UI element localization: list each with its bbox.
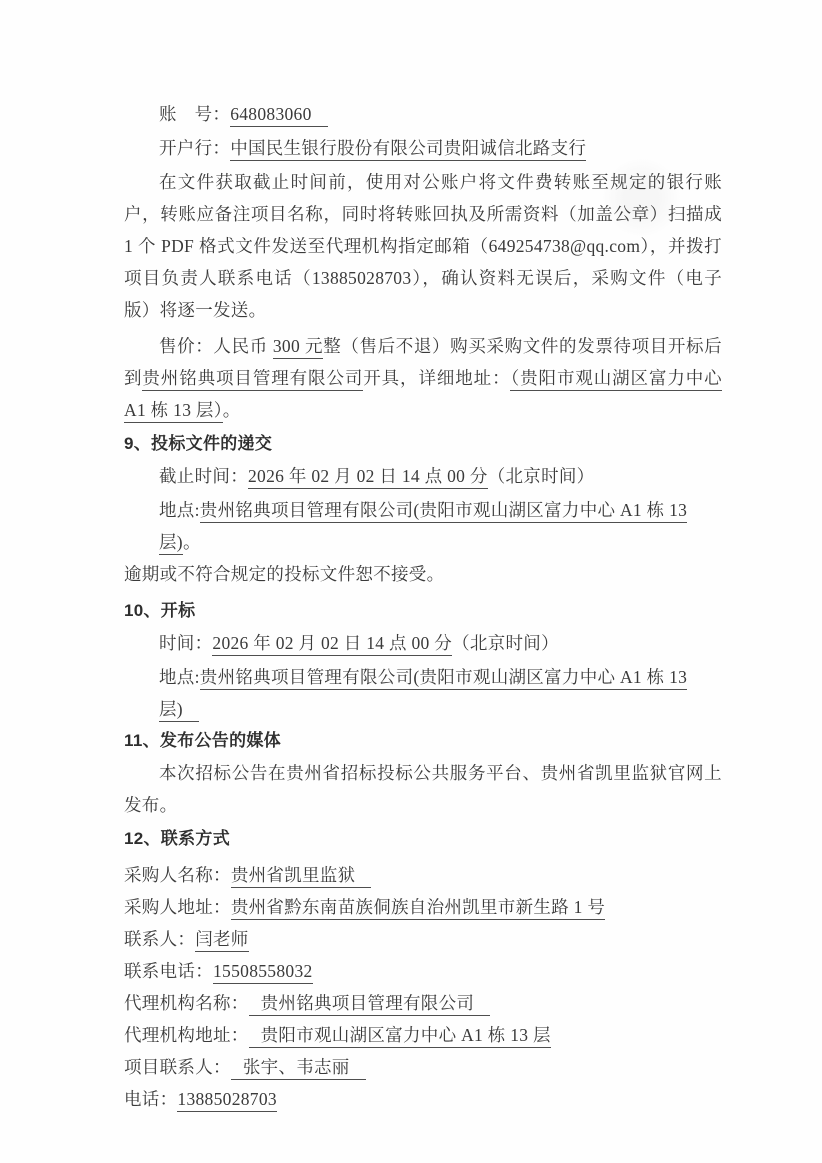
bid-deadline-line: 截止时间：2026 年 02 月 02 日 14 点 00 分（北京时间） <box>124 460 722 492</box>
opening-time-timezone: （北京时间） <box>452 633 559 653</box>
section-12-heading: 12、联系方式 <box>124 823 722 855</box>
bank-label: 开户行： <box>159 138 230 158</box>
account-number-value: 648083060 <box>230 104 327 127</box>
section-10-heading: 10、开标 <box>124 595 722 627</box>
late-bids-note: 逾期或不符合规定的投标文件恕不接受。 <box>124 558 722 590</box>
contact-person-value: 闫老师 <box>195 929 248 952</box>
bid-location-value: 贵州铭典项目管理有限公司(贵阳市观山湖区富力中心 A1 栋 13 层) <box>159 500 687 555</box>
announcement-media-paragraph: 本次招标公告在贵州省招标投标公共服务平台、贵州省凯里监狱官网上发布。 <box>124 757 722 821</box>
agency-address-label: 代理机构地址： <box>124 1025 249 1045</box>
contact-person-row: 联系人：闫老师 <box>124 923 722 955</box>
document-body: 账 号：648083060 开户行：中国民生银行股份有限公司贵阳诚信北路支行 在… <box>0 0 822 1115</box>
transfer-instructions-paragraph: 在文件获取截止时间前，使用对公账户将文件费转账至规定的银行账户，转账应备注项目名… <box>124 166 722 326</box>
scanned-document-page: 账 号：648083060 开户行：中国民生银行股份有限公司贵阳诚信北路支行 在… <box>0 0 822 1163</box>
section-9-heading: 9、投标文件的递交 <box>124 428 722 460</box>
opening-time-line: 时间：2026 年 02 月 02 日 14 点 00 分（北京时间） <box>124 627 722 659</box>
agency-name-row: 代理机构名称：贵州铭典项目管理有限公司 <box>124 987 722 1019</box>
deadline-value: 2026 年 02 月 02 日 14 点 00 分 <box>248 466 488 489</box>
contact-phone-value: 15508558032 <box>213 961 313 984</box>
account-line: 账 号：648083060 <box>124 98 722 130</box>
contact-person-label: 联系人： <box>124 929 195 949</box>
price-suffix: 。 <box>223 400 241 420</box>
opening-time-value: 2026 年 02 月 02 日 14 点 00 分 <box>212 633 452 656</box>
contact-phone-row: 联系电话：15508558032 <box>124 955 722 987</box>
deadline-label: 截止时间： <box>159 466 248 486</box>
opening-location-value: 贵州铭典项目管理有限公司(贵阳市观山湖区富力中心 A1 栋 13 层) <box>159 667 687 722</box>
project-contact-value: 张宇、韦志丽 <box>231 1057 366 1080</box>
price-prefix: 售价：人民币 <box>159 336 273 356</box>
phone-row: 电话：13885028703 <box>124 1083 722 1115</box>
opening-time-label: 时间： <box>159 633 212 653</box>
section-11-heading: 11、发布公告的媒体 <box>124 725 722 757</box>
buyer-address-label: 采购人地址： <box>124 897 231 917</box>
agency-name-value: 贵州铭典项目管理有限公司 <box>249 993 491 1016</box>
invoice-company-value: 贵州铭典项目管理有限公司 <box>142 368 363 391</box>
bid-location-label: 地点: <box>159 500 200 520</box>
price-mid-text-2: 开具，详细地址： <box>363 368 510 388</box>
project-contact-label: 项目联系人： <box>124 1057 231 1077</box>
agency-address-row: 代理机构地址：贵阳市观山湖区富力中心 A1 栋 13 层 <box>124 1019 722 1051</box>
price-paragraph: 售价：人民币 300 元整（售后不退）购买采购文件的发票待项目开标后到贵州铭典项… <box>124 330 722 426</box>
bank-line: 开户行：中国民生银行股份有限公司贵阳诚信北路支行 <box>124 132 722 164</box>
contact-phone-label: 联系电话： <box>124 961 213 981</box>
buyer-name-value: 贵州省凯里监狱 <box>231 865 372 888</box>
agency-address-value: 贵阳市观山湖区富力中心 A1 栋 13 层 <box>249 1025 551 1048</box>
phone-label: 电话： <box>124 1089 177 1109</box>
opening-location-label: 地点: <box>159 667 200 687</box>
project-contact-row: 项目联系人：张宇、韦志丽 <box>124 1051 722 1083</box>
phone-value: 13885028703 <box>177 1089 277 1112</box>
bid-location-line: 地点:贵州铭典项目管理有限公司(贵阳市观山湖区富力中心 A1 栋 13 层)。 <box>124 494 722 558</box>
price-amount-value: 300 元 <box>273 336 323 359</box>
bid-location-suffix: 。 <box>183 532 201 552</box>
buyer-name-row: 采购人名称：贵州省凯里监狱 <box>124 859 722 891</box>
agency-name-label: 代理机构名称： <box>124 993 249 1013</box>
buyer-address-row: 采购人地址：贵州省黔东南苗族侗族自治州凯里市新生路 1 号 <box>124 891 722 923</box>
opening-location-line: 地点:贵州铭典项目管理有限公司(贵阳市观山湖区富力中心 A1 栋 13 层) <box>124 661 722 725</box>
buyer-name-label: 采购人名称： <box>124 865 231 885</box>
deadline-timezone: （北京时间） <box>488 466 595 486</box>
bank-name-value: 中国民生银行股份有限公司贵阳诚信北路支行 <box>230 138 586 161</box>
buyer-address-value: 贵州省黔东南苗族侗族自治州凯里市新生路 1 号 <box>231 897 605 920</box>
account-label: 账 号： <box>159 104 230 124</box>
